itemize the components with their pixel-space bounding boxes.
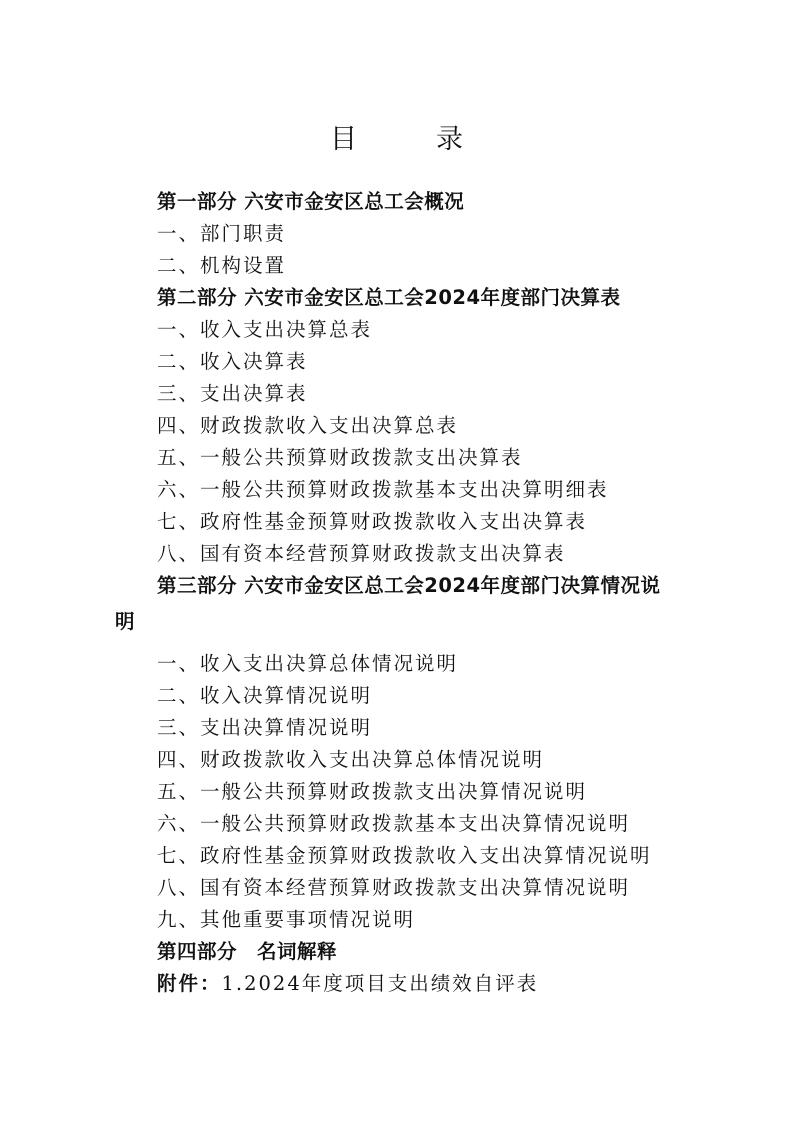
part-4-heading[interactable]: 第四部分 名词解释	[157, 936, 697, 968]
toc-item[interactable]: 五、一般公共预算财政拨款支出决算表	[157, 442, 697, 474]
toc-item[interactable]: 七、政府性基金预算财政拨款收入支出决算情况说明	[157, 840, 697, 872]
toc-item[interactable]: 一、收入支出决算总体情况说明	[157, 648, 697, 680]
toc-item[interactable]: 二、收入决算情况说明	[157, 680, 697, 712]
toc-item[interactable]: 六、一般公共预算财政拨款基本支出决算情况说明	[157, 808, 697, 840]
toc-item[interactable]: 一、部门职责	[157, 218, 697, 250]
toc-item[interactable]: 八、国有资本经营预算财政拨款支出决算表	[157, 538, 697, 570]
toc-item[interactable]: 一、收入支出决算总表	[157, 314, 697, 346]
toc-item[interactable]: 五、一般公共预算财政拨款支出决算情况说明	[157, 776, 697, 808]
attachment-line[interactable]: 附件：1.2024年度项目支出绩效自评表	[157, 968, 697, 1000]
toc-item[interactable]: 九、其他重要事项情况说明	[157, 904, 697, 936]
toc-item[interactable]: 二、机构设置	[157, 250, 697, 282]
part-3-heading[interactable]: 第三部分 六安市金安区总工会2024年度部门决算情况说	[157, 570, 697, 602]
toc-item[interactable]: 八、国有资本经营预算财政拨款支出决算情况说明	[157, 872, 697, 904]
toc-item[interactable]: 四、财政拨款收入支出决算总体情况说明	[157, 744, 697, 776]
attachment-text: 1.2024年度项目支出绩效自评表	[222, 972, 539, 995]
part-1-heading[interactable]: 第一部分 六安市金安区总工会概况	[157, 186, 697, 218]
table-of-contents: 第一部分 六安市金安区总工会概况 一、部门职责 二、机构设置 第二部分 六安市金…	[157, 186, 697, 1000]
page-title: 目 录	[0, 117, 793, 156]
toc-item[interactable]: 七、政府性基金预算财政拨款收入支出决算表	[157, 506, 697, 538]
part-2-heading[interactable]: 第二部分 六安市金安区总工会2024年度部门决算表	[157, 282, 697, 314]
toc-item[interactable]: 三、支出决算情况说明	[157, 712, 697, 744]
attachment-label: 附件：	[157, 972, 222, 995]
toc-item[interactable]: 六、一般公共预算财政拨款基本支出决算明细表	[157, 474, 697, 506]
part-3-heading-wrap[interactable]: 明	[115, 602, 697, 648]
toc-item[interactable]: 三、支出决算表	[157, 378, 697, 410]
toc-item[interactable]: 四、财政拨款收入支出决算总表	[157, 410, 697, 442]
toc-item[interactable]: 二、收入决算表	[157, 346, 697, 378]
